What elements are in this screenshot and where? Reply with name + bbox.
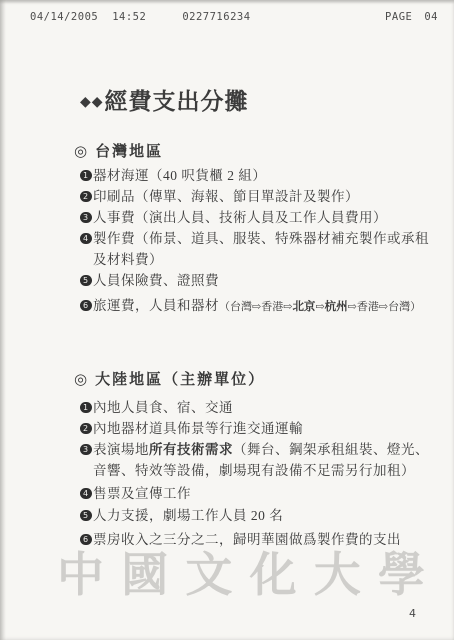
list-item: 1 內地人員食、宿、交通 <box>80 397 436 418</box>
circled-number-icon: 1 <box>80 402 92 414</box>
item-text: 人力支援，劇場工作人員 20 名 <box>93 508 283 523</box>
circled-number-icon: 3 <box>80 444 92 456</box>
list-item: 1 器材海運（40 呎貨櫃 2 組） <box>80 165 436 186</box>
fax-header: 04/14/2005 14:52 0227716234 PAGE 04 <box>30 11 438 23</box>
section-title-text: 大陸地區（主辦單位） <box>95 372 265 388</box>
section-heading-taiwan: ◎台灣地區 <box>74 140 163 161</box>
item-text: 人員保險費、證照費 <box>93 273 219 288</box>
list-item: 5 人員保險費、證照費 <box>80 270 436 291</box>
fax-time: 14:52 <box>112 11 146 23</box>
list-item: 5 人力支援，劇場工作人員 20 名 <box>80 505 436 526</box>
section-heading-mainland: ◎大陸地區（主辦單位） <box>74 368 265 389</box>
circled-number-icon: 5 <box>80 275 92 287</box>
circled-number-icon: 4 <box>80 233 92 245</box>
circled-number-icon: 6 <box>80 300 92 312</box>
item-text: 內地人員食、宿、交通 <box>93 400 233 415</box>
list-item-technical-needs: 3 表演場地所有技術需求（舞台、鋼架承租組裝、燈光、音響、特效等設備，劇場現有設… <box>80 439 436 481</box>
scan-edge-artifact <box>0 0 6 640</box>
circled-number-icon: 4 <box>80 488 92 500</box>
item-text: 印刷品（傳單、海報、節目單設計及製作） <box>93 189 359 204</box>
item-text: 人事費（演出人員、技術人員及工作人員費用） <box>93 210 387 225</box>
double-circle-icon: ◎ <box>74 144 87 160</box>
item-text: 製作費（佈景、道具、服裝、特殊器材補充製作或承租及材料費） <box>93 231 429 267</box>
route-segment: （台灣⇨香港⇨ <box>219 301 292 313</box>
list-item: 4 製作費（佈景、道具、服裝、特殊器材補充製作或承租及材料費） <box>80 228 436 270</box>
fax-number: 0227716234 <box>182 11 250 23</box>
list-item: 2 內地器材道具佈景等行進交通運輸 <box>80 418 436 439</box>
footer-page-number: 4 <box>409 607 416 620</box>
route-city-bold: 北京 <box>292 301 315 313</box>
item-text: 旅運費，人員和器材 <box>93 298 219 313</box>
page-title-text: 經費支出分攤 <box>105 89 249 114</box>
item-text: 售票及宣傳工作 <box>93 486 191 501</box>
section-title-text: 台灣地區 <box>95 144 163 160</box>
fax-date: 04/14/2005 <box>30 11 98 23</box>
header-page-number: 04 <box>424 11 438 23</box>
circled-number-icon: 3 <box>80 212 92 224</box>
item-text: 表演場地 <box>93 442 149 457</box>
page-title: ◆◆經費支出分攤 <box>80 83 249 116</box>
mainland-expense-list: 1 內地人員食、宿、交通 2 內地器材道具佈景等行進交通運輸 3 表演場地所有技… <box>80 397 436 550</box>
circled-number-icon: 2 <box>80 191 92 203</box>
route-segment: ⇨香港⇨台灣） <box>348 301 421 313</box>
list-item: 6 票房收入之三分之二，歸明華園做爲製作費的支出 <box>80 529 436 550</box>
item-text: 器材海運（40 呎貨櫃 2 組） <box>93 168 266 183</box>
list-item-travel-route: 6 旅運費，人員和器材（台灣⇨香港⇨北京⇨杭州⇨香港⇨台灣） <box>80 295 436 318</box>
list-item: 4 售票及宣傳工作 <box>80 483 436 504</box>
item-text-bold: 所有技術需求 <box>149 442 233 457</box>
taiwan-expense-list: 1 器材海運（40 呎貨櫃 2 組） 2 印刷品（傳單、海報、節目單設計及製作）… <box>80 165 436 318</box>
circled-number-icon: 1 <box>80 170 92 182</box>
circled-number-icon: 5 <box>80 510 92 522</box>
item-text: 內地器材道具佈景等行進交通運輸 <box>93 421 303 436</box>
scan-edge-artifact <box>0 0 454 4</box>
list-item: 2 印刷品（傳單、海報、節目單設計及製作） <box>80 186 436 207</box>
route-city-bold: 杭州 <box>325 301 348 313</box>
list-item: 3 人事費（演出人員、技術人員及工作人員費用） <box>80 207 436 228</box>
fax-document-page: 中國文化大學 04/14/2005 14:52 0227716234 PAGE … <box>0 0 454 640</box>
double-circle-icon: ◎ <box>74 372 87 388</box>
route-arrow-icon: ⇨ <box>315 301 324 313</box>
circled-number-icon: 6 <box>80 534 92 546</box>
circled-number-icon: 2 <box>80 423 92 435</box>
page-label: PAGE <box>385 11 412 23</box>
diamond-bullets-icon: ◆◆ <box>80 95 104 110</box>
item-text: 票房收入之三分之二，歸明華園做爲製作費的支出 <box>93 532 401 547</box>
